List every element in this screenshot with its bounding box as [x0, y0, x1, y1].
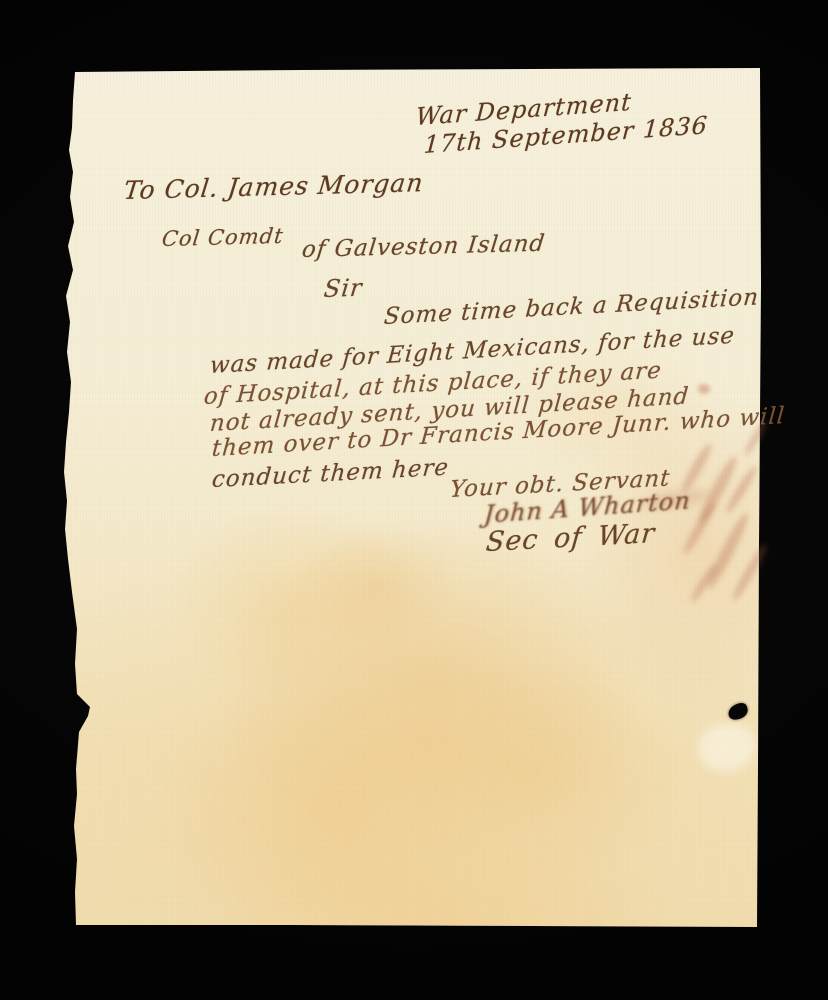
recipient-title: Col Comdt: [161, 224, 285, 251]
ink-bleed-mark: [698, 384, 710, 394]
salutation: Sir: [323, 274, 365, 303]
photo-stage: War Department 17th September 1836 To Co…: [0, 0, 828, 1000]
